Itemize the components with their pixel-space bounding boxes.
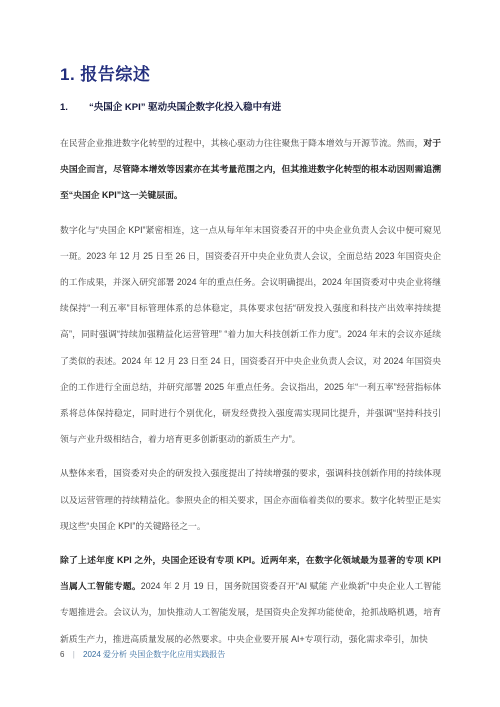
subsection-title: “央国企 KPI” 驱动央国企数字化投入稳中有进 <box>89 101 281 115</box>
paragraph: 数字化与“央国企 KPI”紧密相连，这一点从每年年末国资委召开的中央企业负责人会… <box>60 217 441 453</box>
paragraph-segment: 在民营企业推进数字化转型的过程中，其核心驱动力往往聚焦于降本增效与开源节流。然而… <box>60 138 423 148</box>
paragraph: 在民营企业推进数字化转型的过程中，其核心驱动力往往聚焦于降本增效与开源节流。然而… <box>60 130 441 209</box>
report-page: 1. 报告综述 1. “央国企 KPI” 驱动央国企数字化投入稳中有进 在民营企… <box>0 0 500 707</box>
report-body: 在民营企业推进数字化转型的过程中，其核心驱动力往往聚焦于降本增效与开源节流。然而… <box>60 130 441 652</box>
subsection-number: 1. <box>60 101 89 115</box>
footer-report-title: 2024 爱分析 央国企数字化应用实践报告 <box>83 650 225 659</box>
paragraph-segment: 从整体来看，国资委对央企的研发投入强度提出了持续增强的要求，强调科技创新作用的持… <box>60 468 441 530</box>
footer-separator: | <box>73 650 75 659</box>
subsection-heading: 1. “央国企 KPI” 驱动央国企数字化投入稳中有进 <box>60 101 441 115</box>
page-footer: 6 | 2024 爱分析 央国企数字化应用实践报告 <box>60 650 225 660</box>
section-heading: 1. 报告综述 <box>60 64 441 86</box>
paragraph-segment: 数字化与“央国企 KPI”紧密相连，这一点从每年年末国资委召开的中央企业负责人会… <box>60 225 441 445</box>
page-number: 6 <box>60 650 64 659</box>
paragraph: 从整体来看，国资委对央企的研发投入强度提出了持续增强的要求，强调科技创新作用的持… <box>60 460 441 539</box>
paragraph: 除了上述年度 KPI 之外，央国企还设有专项 KPI。近两年来，在数字化领域最为… <box>60 547 441 652</box>
